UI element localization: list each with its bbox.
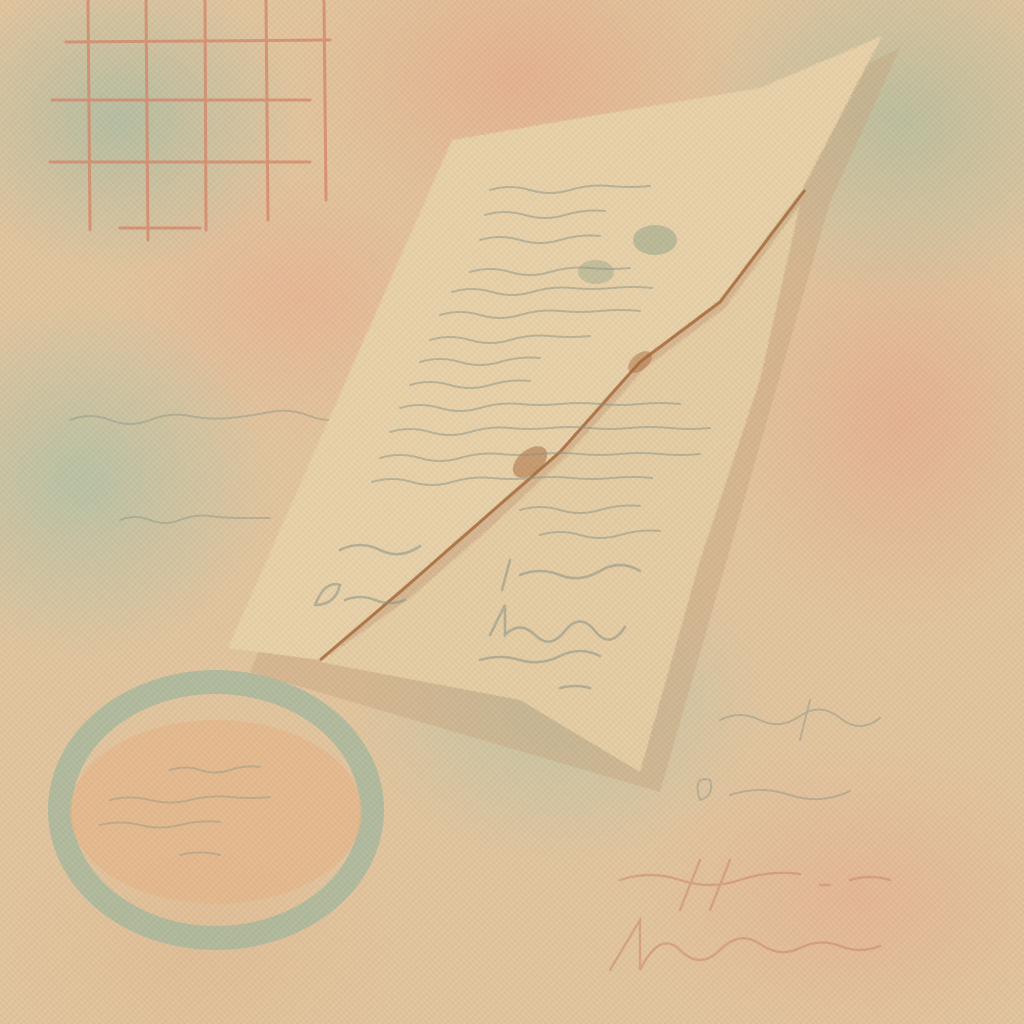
painting-canvas [0, 0, 1024, 1024]
paper-grain-texture [0, 0, 1024, 1024]
